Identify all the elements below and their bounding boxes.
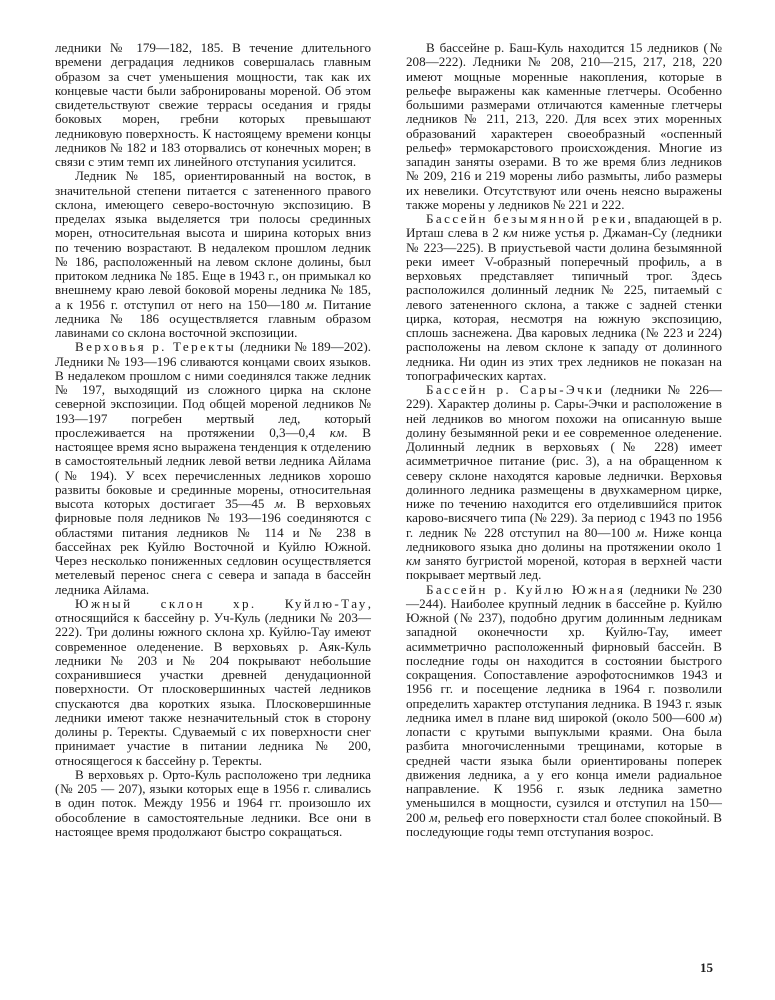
paragraph: ледники № 179—182, 185. В течение длител…	[55, 41, 371, 169]
section-heading: Верховья р. Теректы	[75, 339, 236, 354]
paragraph-text: ледники № 179—182, 185. В течение длител…	[55, 40, 371, 169]
paragraph: Бассейн р. Куйлю Южная (ледники № 230—24…	[406, 583, 722, 840]
paragraph-text: (ледники № 226—229). Характер долины р. …	[406, 382, 722, 540]
paragraph-text: В бассейне р. Баш-Куль находится 15 ледн…	[406, 40, 722, 212]
section-heading: Южный склон хр. Куйлю-Тау	[75, 596, 368, 611]
section-heading: Бассейн безымянной реки	[426, 211, 628, 226]
paragraph-text: ) лопасти с крутыми выпуклыми краями. Он…	[406, 710, 722, 825]
paragraph: В бассейне р. Баш-Куль находится 15 ледн…	[406, 41, 722, 212]
paragraph: Бассейн р. Сары-Эчки (ледники № 226—229)…	[406, 383, 722, 583]
paragraph-text: Ледник № 185, ориентированный на восток,…	[55, 168, 371, 311]
right-column: В бассейне р. Баш-Куль находится 15 ледн…	[406, 41, 722, 839]
unit-text: м	[275, 496, 283, 511]
paragraph: В верховьях р. Орто-Куль расположено три…	[55, 768, 371, 839]
paragraph: Верховья р. Теректы (ледники № 189—202).…	[55, 340, 371, 597]
left-column: ледники № 179—182, 185. В течение длител…	[55, 41, 371, 839]
unit-text: м	[636, 525, 644, 540]
paragraph-text: . В верховьях фирновые поля ледников № 1…	[55, 496, 371, 597]
unit-text: км	[406, 553, 420, 568]
paragraph-text: , относящийся к бассейну р. Уч-Куль (лед…	[55, 596, 371, 768]
unit-text: м	[709, 710, 717, 725]
unit-text: м	[429, 810, 437, 825]
unit-text: км	[330, 425, 344, 440]
section-heading: Бассейн р. Сары-Эчки	[426, 382, 604, 397]
unit-text: м	[306, 297, 314, 312]
paragraph: Бассейн безымянной реки, впадающей в р. …	[406, 212, 722, 383]
paragraph-text: , рельеф его поверхности стал более спок…	[406, 810, 722, 839]
paragraph: Южный склон хр. Куйлю-Тау, относящийся к…	[55, 597, 371, 768]
unit-text: км	[503, 225, 517, 240]
page-number: 15	[700, 960, 713, 976]
paragraph-text: ниже устья р. Джаман-Су (ледники № 223—2…	[406, 225, 722, 383]
paragraph: Ледник № 185, ориентированный на восток,…	[55, 169, 371, 340]
paragraph-text: (ледники № 189—202). Ледники № 193—196 с…	[55, 339, 371, 440]
paragraph-text: занято бугристой мореной, которая в верх…	[406, 553, 722, 582]
paragraph-text: В верховьях р. Орто-Куль расположено три…	[55, 767, 371, 839]
paragraph-text: (ледники № 230—244). Наиболее крупный ле…	[406, 582, 722, 725]
section-heading: Бассейн р. Куйлю Южная	[426, 582, 625, 597]
